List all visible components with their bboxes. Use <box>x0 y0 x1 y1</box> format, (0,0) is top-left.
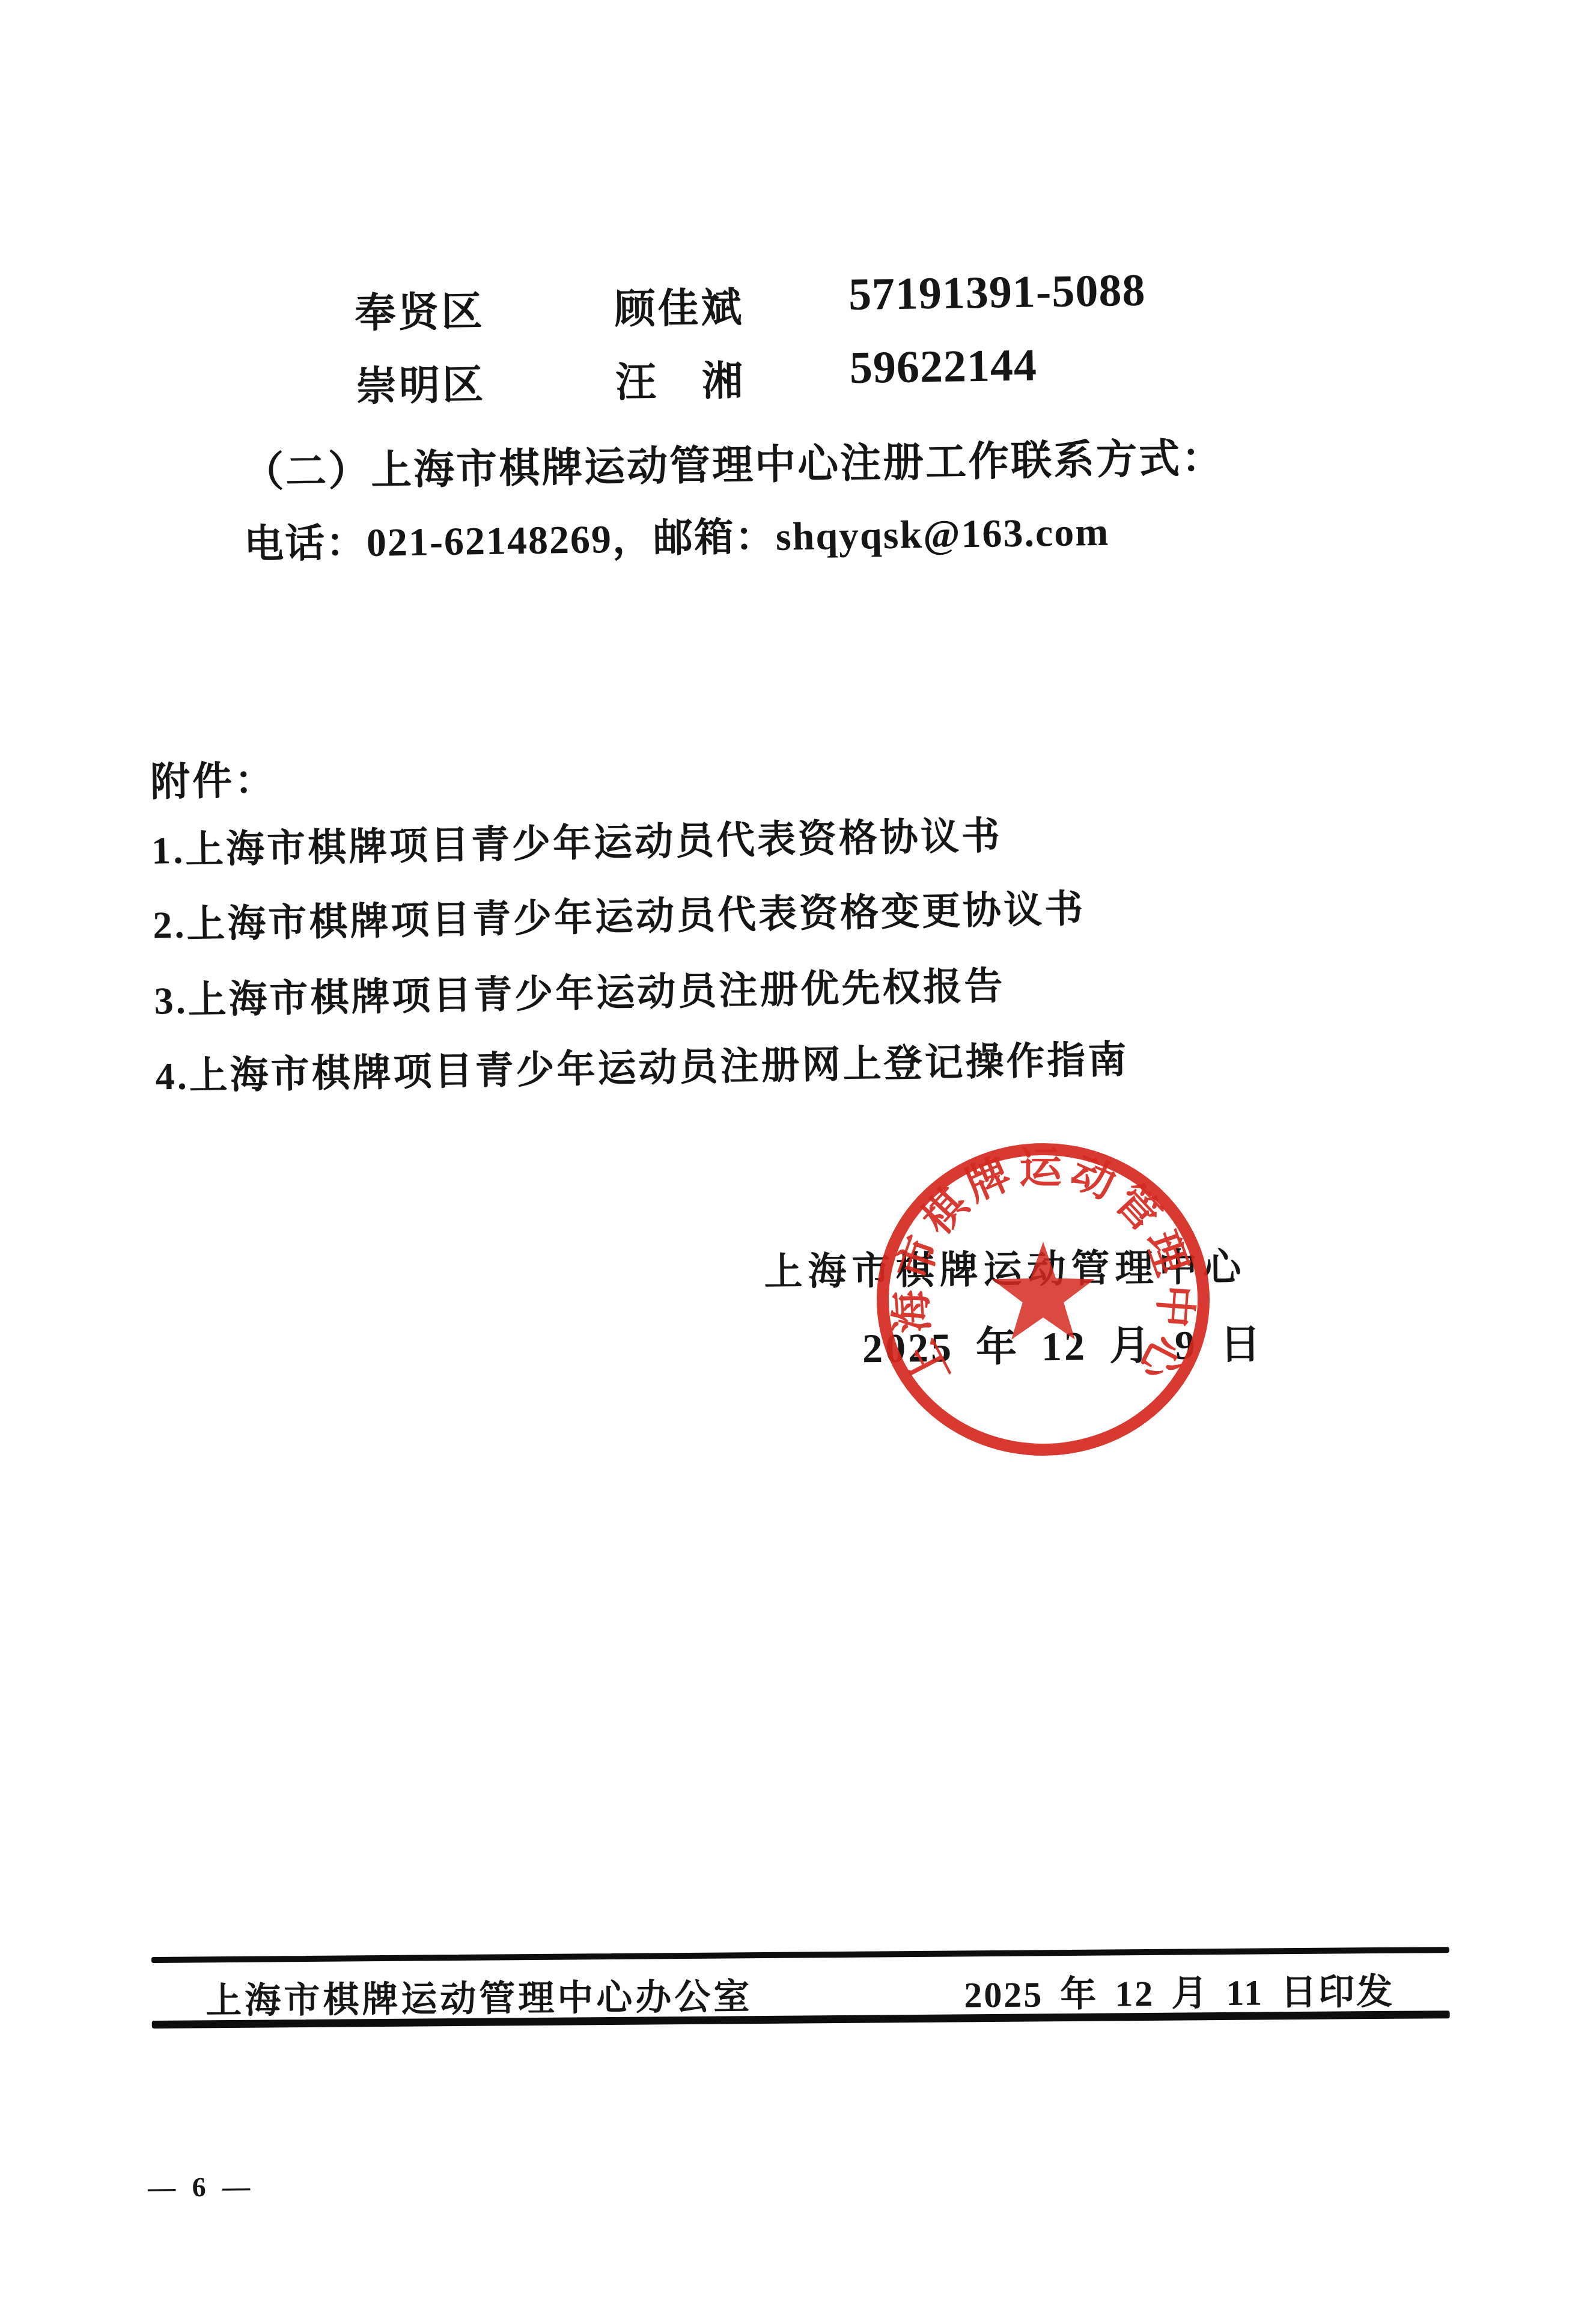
official-seal: 上海市棋牌运动管理中心 <box>867 1138 1222 1475</box>
seal-star-icon <box>991 1242 1094 1340</box>
footer-print-date: 2025 年 12 月 11 日印发 <box>964 1963 1394 2018</box>
footer-top-rule <box>151 1947 1449 1963</box>
page-number: — 6 — <box>148 2170 255 2203</box>
footer-office: 上海市棋牌运动管理中心办公室 <box>206 1968 753 2024</box>
footer: 上海市棋牌运动管理中心办公室 2025 年 12 月 11 日印发 <box>0 0 1596 2104</box>
document-page: { "ink_color": "#161616", "seal_color": … <box>0 0 1596 2308</box>
